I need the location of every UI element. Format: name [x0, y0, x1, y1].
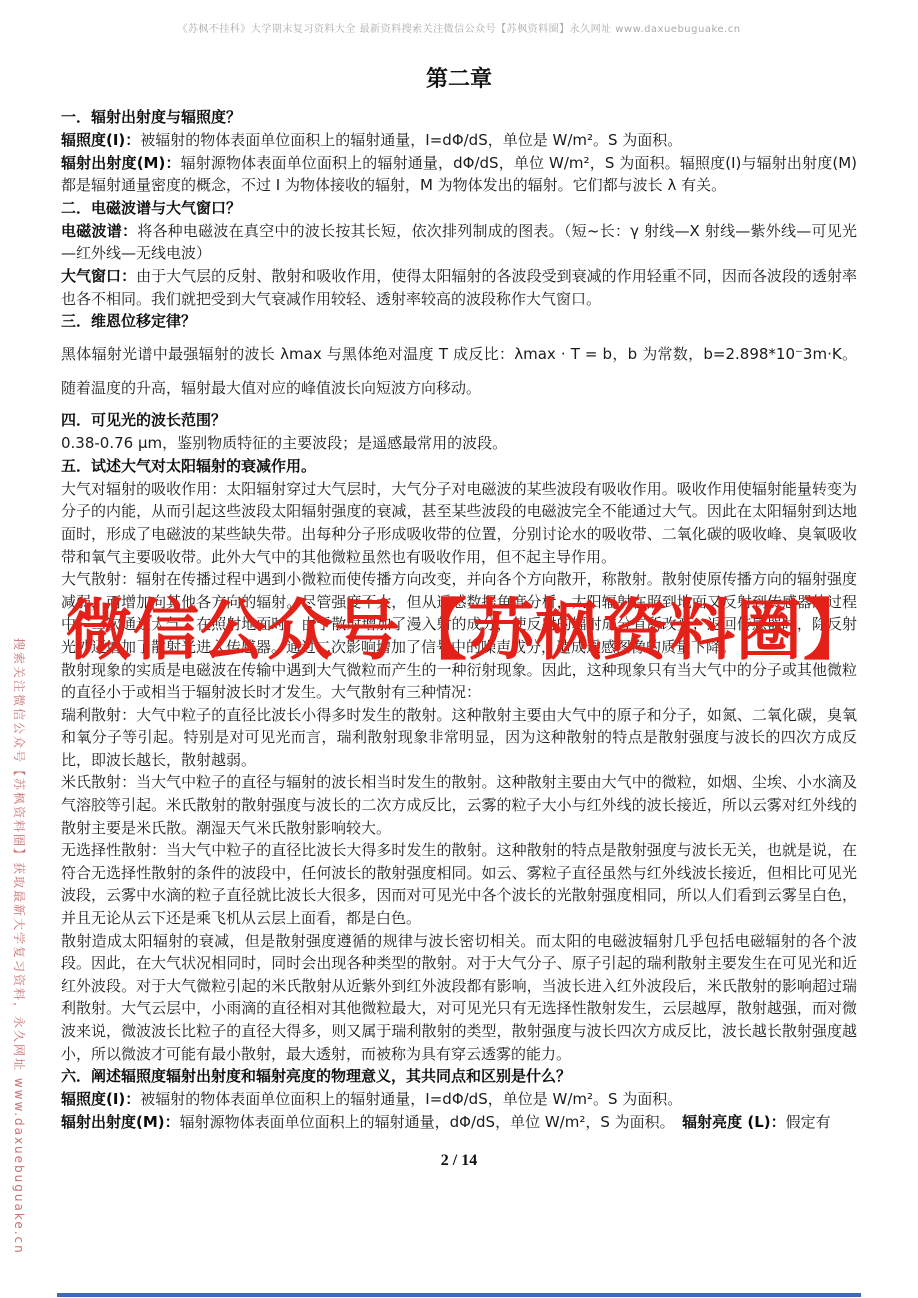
body-text: 米氏散射：当大气中粒子的直径与辐射的波长相当时发生的散射。这种散射主要由大气中的…	[61, 773, 857, 836]
body-text: 被辐射的物体表面单位面积上的辐射通量，I=dΦ/dS，单位是 W/m²。S 为面…	[140, 131, 682, 149]
paragraph: 散射造成太阳辐射的衰减，但是散射强度遵循的规律与波长密切相关。而太阳的电磁波辐射…	[61, 930, 857, 1066]
section-heading-5: 五．试述大气对太阳辐射的衰减作用。	[61, 455, 857, 478]
paragraph: 0.38-0.76 μm，鉴别物质特征的主要波段；是遥感最常用的波段。	[61, 432, 857, 455]
body-text: 散射造成太阳辐射的衰减，但是散射强度遵循的规律与波长密切相关。而太阳的电磁波辐射…	[61, 932, 857, 1063]
paragraph: 黑体辐射光谱中最强辐射的波长 λmax 与黑体绝对温度 T 成反比：λmax ·…	[61, 337, 857, 405]
bottom-blue-bar	[57, 1293, 861, 1297]
paragraph: 无选择性散射：当大气中粒子的直径比波长大得多时发生的散射。这种散射的特点是散射强…	[61, 839, 857, 929]
document-page: 《苏枫不挂科》大学期末复习资料大全 最新资料搜索关注微信公众号【苏枫资料圈】永久…	[0, 0, 918, 1298]
term-label: 电磁波谱：	[61, 222, 137, 240]
paragraph: 大气窗口：由于大气层的反射、散射和吸收作用，使得太阳辐射的各波段受到衰减的作用轻…	[61, 265, 857, 310]
paragraph: 米氏散射：当大气中粒子的直径与辐射的波长相当时发生的散射。这种散射主要由大气中的…	[61, 771, 857, 839]
paragraph: 辐射出射度(M)：辐射源物体表面单位面积上的辐射通量，dΦ/dS，单位 W/m²…	[61, 152, 857, 197]
body-text: 辐射源物体表面单位面积上的辐射通量，dΦ/dS，单位 W/m²，S 为面积。	[180, 1113, 683, 1131]
document-body: 一．辐射出射度与辐照度？辐照度(I)：被辐射的物体表面单位面积上的辐射通量，I=…	[61, 106, 857, 1133]
section-heading-3: 三．维恩位移定律？	[61, 310, 857, 333]
section-heading-2: 二．电磁波谱与大气窗口？	[61, 197, 857, 220]
paragraph: 辐照度(I)：被辐射的物体表面单位面积上的辐射通量，I=dΦ/dS，单位是 W/…	[61, 129, 857, 152]
term-label: 辐照度(I)：	[61, 131, 140, 149]
term-label: 大气窗口：	[61, 267, 136, 285]
term-label: 辐射出射度(M)：	[61, 154, 181, 172]
body-text: 黑体辐射光谱中最强辐射的波长 λmax 与黑体绝对温度 T 成反比：λmax ·…	[61, 345, 857, 397]
paragraph: 辐射出射度(M)：辐射源物体表面单位面积上的辐射通量，dΦ/dS，单位 W/m²…	[61, 1111, 857, 1134]
body-text: 假定有	[786, 1113, 831, 1131]
page-title: 第二章	[0, 62, 918, 93]
body-text: 无选择性散射：当大气中粒子的直径比波长大得多时发生的散射。这种散射的特点是散射强…	[61, 841, 857, 927]
section-heading-6: 六．阐述辐照度辐射出射度和辐射亮度的物理意义，其共同点和区别是什么？	[61, 1065, 857, 1088]
term-label: 辐射出射度(M)：	[61, 1113, 180, 1131]
term-label: 辐射亮度 (L)：	[682, 1113, 786, 1131]
body-text: 将各种电磁波在真空中的波长按其长短，依次排列制成的图表。（短~长：γ 射线—X …	[61, 222, 857, 263]
body-text: 由于大气层的反射、散射和吸收作用，使得太阳辐射的各波段受到衰减的作用轻重不同，因…	[61, 267, 857, 308]
section-heading-1: 一．辐射出射度与辐照度？	[61, 106, 857, 129]
paragraph: 大气散射：辐射在传播过程中遇到小微粒而使传播方向改变，并向各个方向散开，称散射。…	[61, 568, 857, 658]
term-label: 辐照度(I)：	[61, 1090, 140, 1108]
paragraph: 辐照度(I)：被辐射的物体表面单位面积上的辐射通量，I=dΦ/dS，单位是 W/…	[61, 1088, 857, 1111]
body-text: 瑞利散射：大气中粒子的直径比波长小得多时发生的散射。这种散射主要由大气中的原子和…	[61, 706, 857, 769]
body-text: 散射现象的实质是电磁波在传输中遇到大气微粒而产生的一种衍射现象。因此，这种现象只…	[61, 661, 857, 702]
body-text: 被辐射的物体表面单位面积上的辐射通量，I=dΦ/dS，单位是 W/m²。S 为面…	[140, 1090, 682, 1108]
body-text: 大气散射：辐射在传播过程中遇到小微粒而使传播方向改变，并向各个方向散开，称散射。…	[61, 570, 857, 656]
paragraph: 大气对辐射的吸收作用：太阳辐射穿过大气层时，大气分子对电磁波的某些波段有吸收作用…	[61, 478, 857, 568]
header-watermark-text: 《苏枫不挂科》大学期末复习资料大全 最新资料搜索关注微信公众号【苏枫资料圈】永久…	[0, 20, 918, 35]
section-heading-4: 四．可见光的波长范围？	[61, 409, 857, 432]
page-number: 2 / 14	[0, 1152, 918, 1170]
body-text: 大气对辐射的吸收作用：太阳辐射穿过大气层时，大气分子对电磁波的某些波段有吸收作用…	[61, 480, 857, 566]
paragraph: 瑞利散射：大气中粒子的直径比波长小得多时发生的散射。这种散射主要由大气中的原子和…	[61, 704, 857, 772]
body-text: 0.38-0.76 μm，鉴别物质特征的主要波段；是遥感最常用的波段。	[61, 434, 507, 452]
paragraph: 散射现象的实质是电磁波在传输中遇到大气微粒而产生的一种衍射现象。因此，这种现象只…	[61, 659, 857, 704]
body-text: 辐射源物体表面单位面积上的辐射通量，dΦ/dS，单位 W/m²，S 为面积。辐照…	[61, 154, 857, 195]
paragraph: 电磁波谱：将各种电磁波在真空中的波长按其长短，依次排列制成的图表。（短~长：γ …	[61, 220, 857, 265]
